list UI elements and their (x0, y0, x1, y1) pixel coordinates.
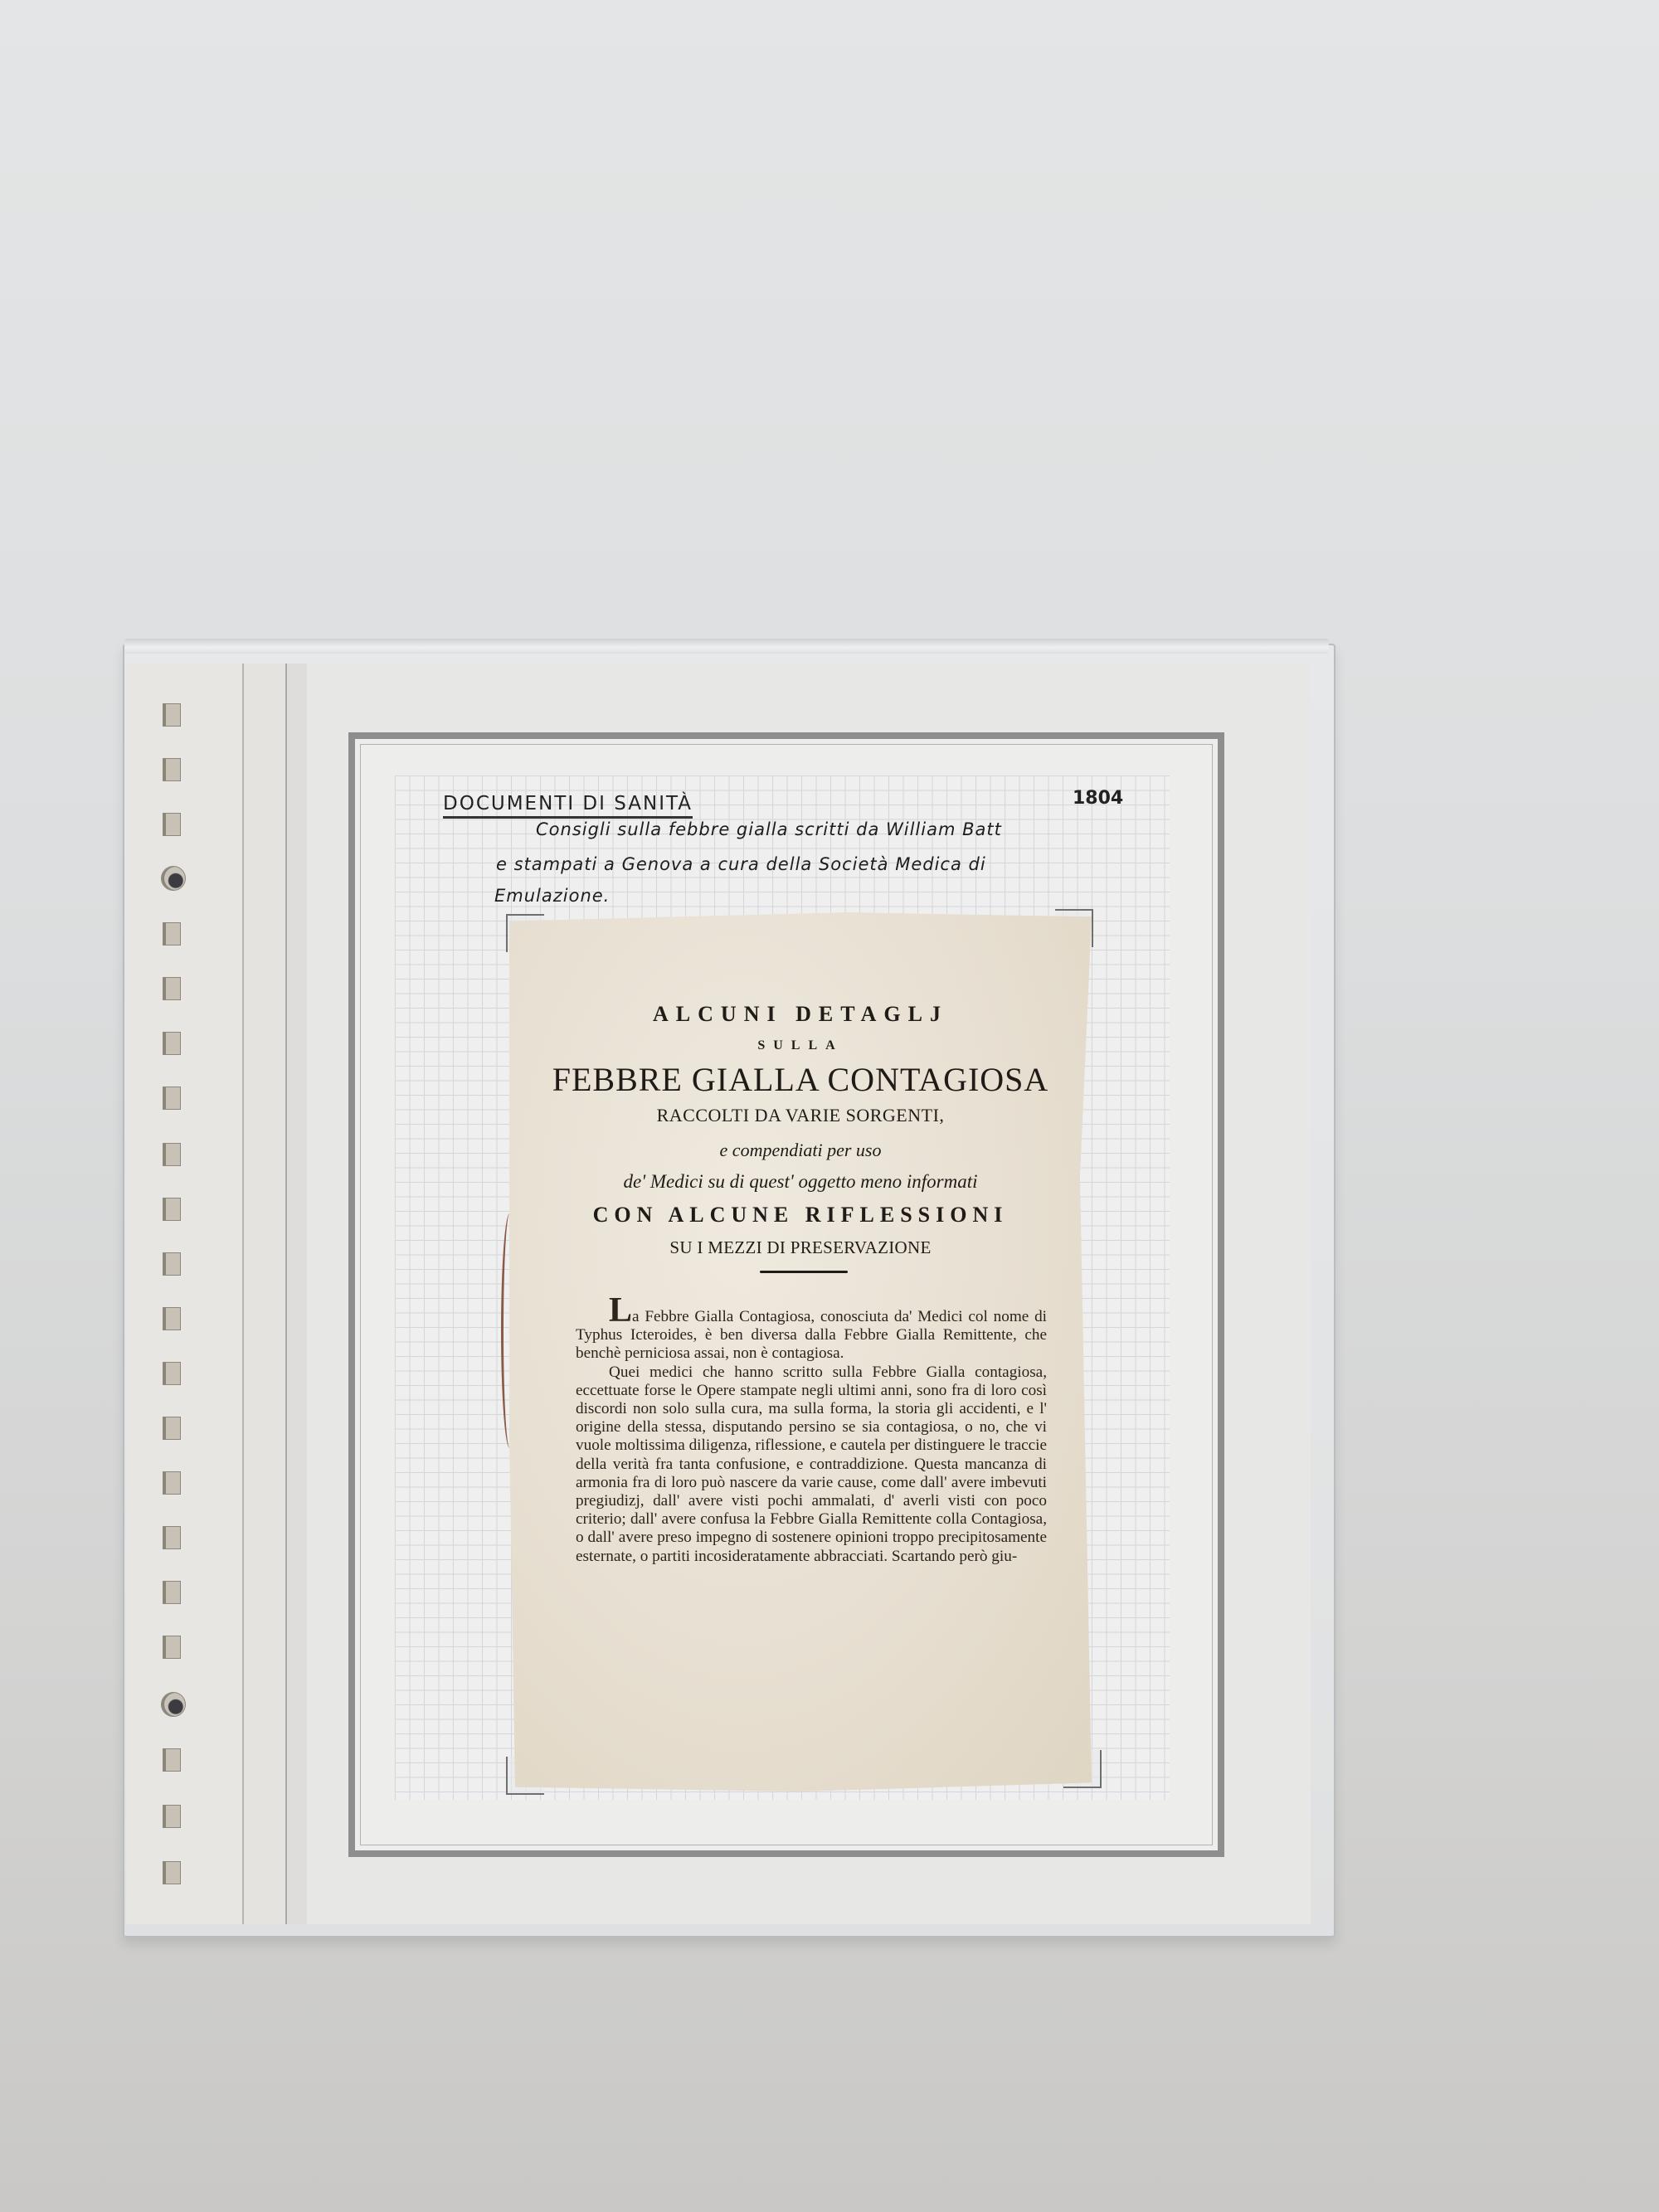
binder-hole (163, 1805, 181, 1828)
doc-paragraph-2: Quei medici che hanno scritto sulla Febb… (576, 1364, 1047, 1566)
binder-ring-hole (161, 866, 186, 891)
binder-hole (163, 1471, 181, 1495)
doc-paragraph-1: La Febbre Gialla Contagiosa, conosciuta … (576, 1302, 1047, 1364)
binder-hole (163, 1636, 181, 1659)
binder-strip (126, 664, 244, 1924)
historical-document: ALCUNI DETAGLJ SULLA FEBBRE GIALLA CONTA… (509, 912, 1092, 1791)
binder-hole (163, 1861, 181, 1884)
caption-line-2: e stampati a Genova a cura della Società… (496, 854, 986, 874)
caption-line-1: Consigli sulla febbre gialla scritti da … (536, 819, 1002, 839)
doc-title-main: FEBBRE GIALLA CONTAGIOSA (509, 1060, 1092, 1099)
binder-hole (163, 1252, 181, 1276)
binder-hole (163, 1198, 181, 1221)
doc-title-line-2: SULLA (509, 1038, 1092, 1053)
binder-hinge-inner (287, 664, 307, 1924)
binder-hole (163, 922, 181, 946)
binder-hole (163, 1526, 181, 1549)
binder-hole (163, 977, 181, 1000)
paragraph-1-text: a Febbre Gialla Contagiosa, conosciuta d… (576, 1308, 1047, 1362)
page-year: 1804 (1073, 788, 1123, 809)
doc-subtitle-2: e compendiati per uso (509, 1140, 1092, 1161)
doc-body-text: La Febbre Gialla Contagiosa, conosciuta … (576, 1302, 1047, 1566)
binder-hole (163, 1143, 181, 1166)
doc-subtitle-4: CON ALCUNE RIFLESSIONI (509, 1203, 1092, 1228)
caption-line-3: Emulazione. (494, 886, 610, 906)
binder-hole (163, 1581, 181, 1604)
binder-hole (163, 758, 181, 781)
sleeve-top-edge (124, 639, 1329, 654)
drop-cap: L (609, 1291, 632, 1330)
doc-title-line-1: ALCUNI DETAGLJ (509, 1002, 1092, 1027)
binder-hinge (244, 664, 287, 1924)
binder-hole (163, 1307, 181, 1330)
binder-hole (163, 703, 181, 727)
binder-hole (163, 813, 181, 836)
binder-hole (163, 1748, 181, 1772)
doc-subtitle-1: RACCOLTI DA VARIE SORGENTI, (509, 1105, 1092, 1126)
ornamental-rule (760, 1271, 848, 1273)
binder-ring-hole (161, 1692, 186, 1717)
page-title: DOCUMENTI DI SANITÀ (443, 793, 693, 819)
doc-subtitle-5: SU I MEZZI DI PRESERVAZIONE (509, 1237, 1092, 1258)
doc-subtitle-3: de' Medici su di quest' oggetto meno inf… (509, 1171, 1092, 1193)
binder-hole (163, 1032, 181, 1055)
binder-hole (163, 1417, 181, 1440)
binder-hole (163, 1087, 181, 1110)
binder-hole (163, 1362, 181, 1385)
